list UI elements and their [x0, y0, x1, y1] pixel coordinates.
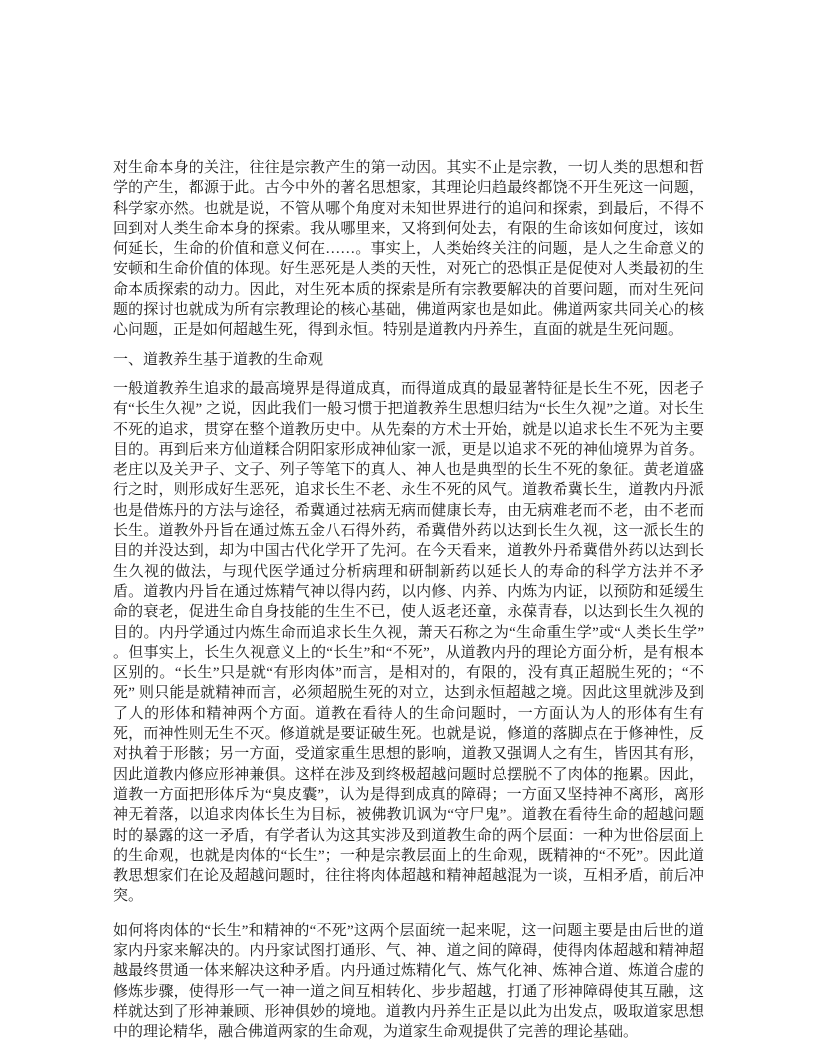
paragraph-intro-life-and-death: 对生命本身的关注，往往是宗教产生的第一动因。其实不止是宗教，一切人类的思想和哲学… [113, 158, 704, 341]
paragraph-changsheng-vs-busi: 一般道教养生追求的最高境界是得道成真，而得道成真的最显著特征是长生不死，因老子有… [113, 379, 704, 907]
paragraph-neidan-unification: 如何将肉体的“长生”和精神的“不死”这两个层面统一起来呢，这一问题主要是由后世的… [113, 921, 704, 1043]
text-block: 对生命本身的关注，往往是宗教产生的第一动因。其实不止是宗教，一切人类的思想和哲学… [113, 158, 704, 1042]
section-heading-taoist-life-view: 一、道教养生基于道教的生命观 [113, 350, 704, 370]
document-page: 对生命本身的关注，往往是宗教产生的第一动因。其实不止是宗教，一切人类的思想和哲学… [0, 0, 816, 1056]
